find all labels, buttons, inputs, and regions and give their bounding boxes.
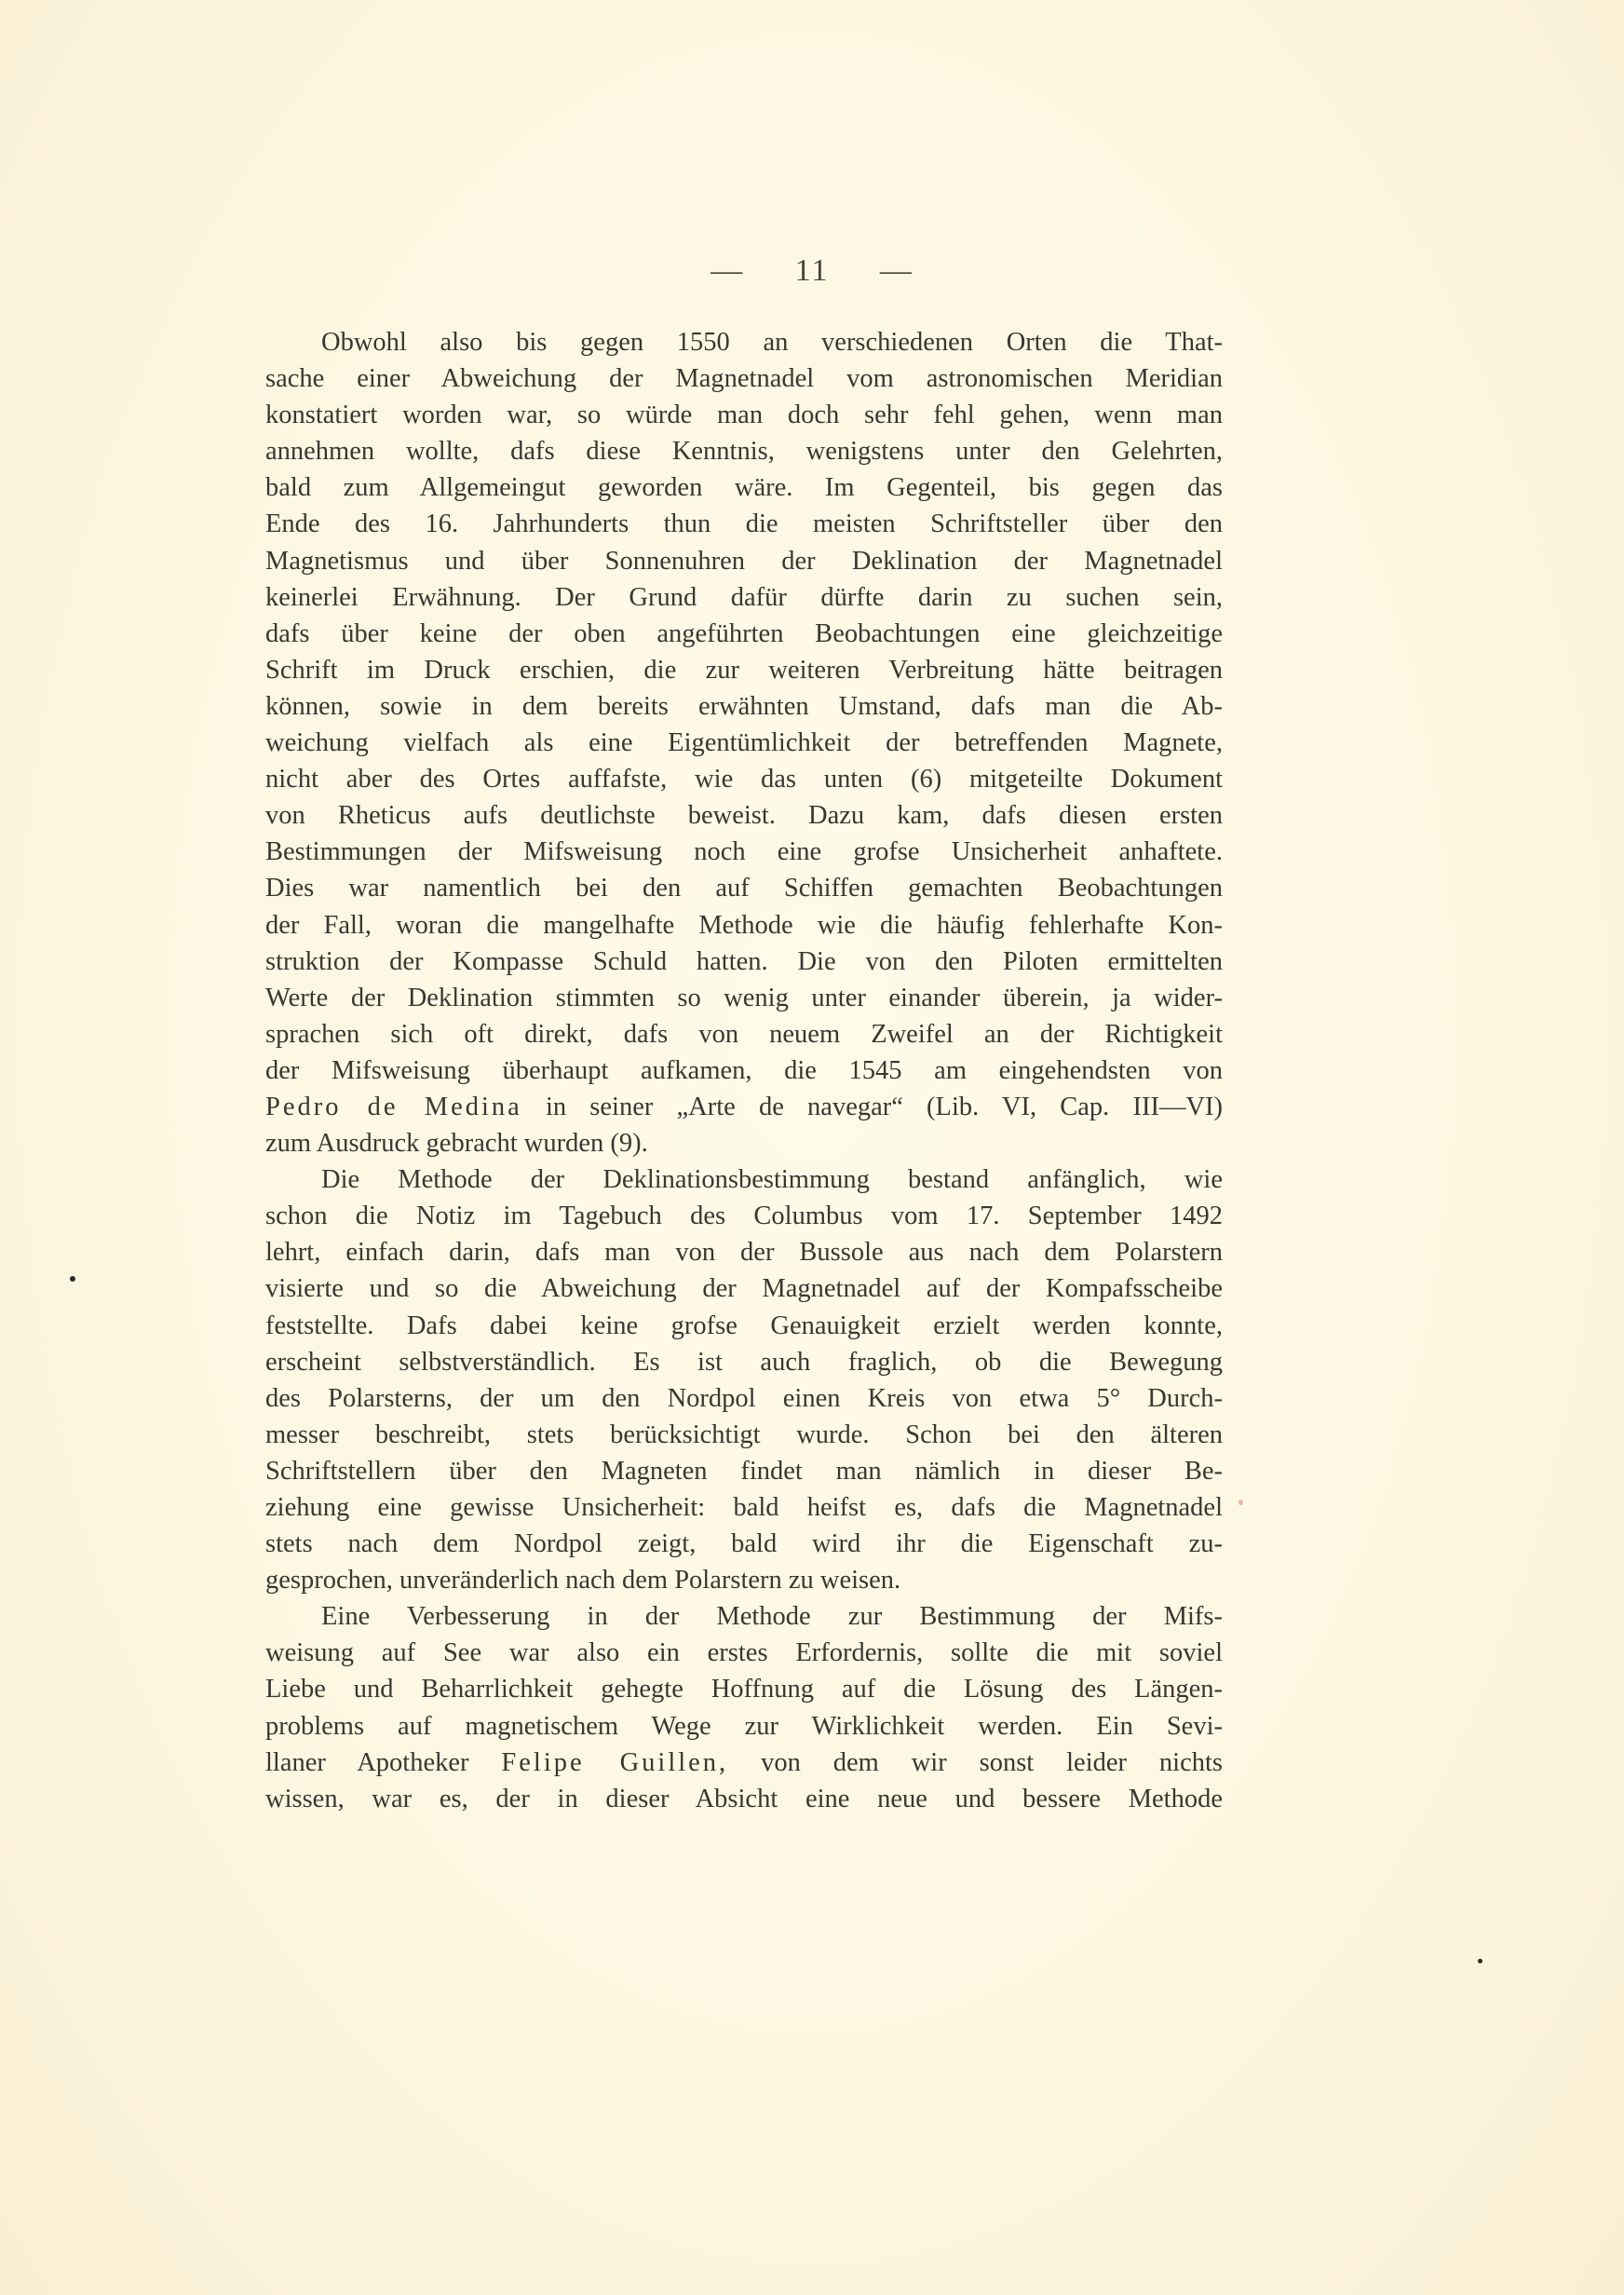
text-line: Schrift im Druck erschien, die zur weite… [265,652,1223,688]
text-line: Werte der Deklination stimmten so wenig … [265,980,1223,1016]
paragraph-2: Die Methode der Deklinationsbestimmung b… [265,1161,1223,1598]
text-line: struktion der Kompasse Schuld hatten. Di… [265,944,1223,980]
text-line: Magnetismus und über Sonnenuhren der Dek… [265,543,1223,579]
text-line: sache einer Abweichung der Magnetnadel v… [265,360,1223,397]
paragraph-3: Eine Verbesserung in der Methode zur Bes… [265,1598,1223,1817]
body-text: Obwohl also bis gegen 1550 an verschiede… [265,324,1223,1817]
text-line: keinerlei Erwähnung. Der Grund dafür dür… [265,579,1223,616]
text-line: weichung vielfach als eine Eigentümlichk… [265,725,1223,761]
text-line: Schriftstellern über den Magneten findet… [265,1453,1223,1489]
person-name-pedro-de-medina: Pedro de Medina [265,1093,522,1121]
text-line: annehmen wollte, dafs diese Kenntnis, we… [265,433,1223,469]
scan-speck [1238,1500,1243,1505]
text-line: problems auf magnetischem Wege zur Wirkl… [265,1708,1223,1745]
text-line: visierte und so die Abweichung der Magne… [265,1270,1223,1307]
folio-dash-right: — [880,253,913,288]
text-line: sprachen sich oft direkt, dafs von neuem… [265,1016,1223,1052]
text-fragment: in seiner „Arte de navegar“ (Lib. VI, Ca… [546,1093,1223,1121]
paragraph-1: Obwohl also bis gegen 1550 an verschiede… [265,324,1223,1161]
text-line: Die Methode der Deklinationsbestimmung b… [265,1161,1223,1198]
text-line: ziehung eine gewisse Unsicherheit: bald … [265,1489,1223,1526]
text-line: schon die Notiz im Tagebuch des Columbus… [265,1198,1223,1234]
folio-dash-left: — [710,253,744,288]
text-line: nicht aber des Ortes auffafste, wie das … [265,761,1223,797]
text-line: konstatiert worden war, so würde man doc… [265,397,1223,433]
text-line: von Rheticus aufs deutlichste beweist. D… [265,797,1223,834]
page-number: 11 [795,253,830,288]
text-line: bald zum Allgemeingut geworden wäre. Im … [265,469,1223,506]
text-line: lehrt, einfach darin, dafs man von der B… [265,1234,1223,1270]
text-line: erscheint selbstverständlich. Es ist auc… [265,1344,1223,1380]
text-line: dafs über keine der oben angeführten Beo… [265,616,1223,652]
text-line: gesprochen, unveränderlich nach dem Pola… [265,1562,1223,1598]
text-line: Ende des 16. Jahrhunderts thun die meist… [265,506,1223,542]
text-line: des Polarsterns, der um den Nordpol eine… [265,1380,1223,1417]
scanned-page: — 11 — Obwohl also bis gegen 1550 an ver… [0,0,1624,2295]
text-line: können, sowie in dem bereits erwähnten U… [265,688,1223,725]
scan-speck [1478,1959,1482,1963]
text-line: der Fall, woran die mangelhafte Methode … [265,907,1223,944]
text-line: zum Ausdruck gebracht wurden (9). [265,1125,1223,1161]
person-name-felipe-guillen: Felipe Guillen, [501,1748,728,1777]
text-line: messer beschreibt, stets berücksichtigt … [265,1417,1223,1453]
text-line: Obwohl also bis gegen 1550 an verschiede… [265,324,1223,360]
text-line-with-name: llaner Apotheker Felipe Guillen, von dem… [265,1745,1223,1781]
text-fragment: llaner Apotheker [265,1748,469,1777]
text-line: Bestimmungen der Mifsweisung noch eine g… [265,834,1223,870]
text-line: Eine Verbesserung in der Methode zur Bes… [265,1598,1223,1635]
text-line: der Mifsweisung überhaupt aufkamen, die … [265,1052,1223,1089]
text-fragment: von dem wir sonst leider nichts [761,1748,1223,1777]
scan-speck [70,1276,75,1282]
text-line: Liebe und Beharrlichkeit gehegte Hoffnun… [265,1671,1223,1707]
page-number-header: — 11 — [0,253,1624,289]
text-line: feststellte. Dafs dabei keine grofse Gen… [265,1308,1223,1344]
text-line: weisung auf See war also ein erstes Erfo… [265,1635,1223,1671]
text-line-with-name: Pedro de Medina in seiner „Arte de naveg… [265,1089,1223,1125]
text-line: stets nach dem Nordpol zeigt, bald wird … [265,1526,1223,1562]
text-line: wissen, war es, der in dieser Absicht ei… [265,1781,1223,1817]
text-line: Dies war namentlich bei den auf Schiffen… [265,870,1223,906]
